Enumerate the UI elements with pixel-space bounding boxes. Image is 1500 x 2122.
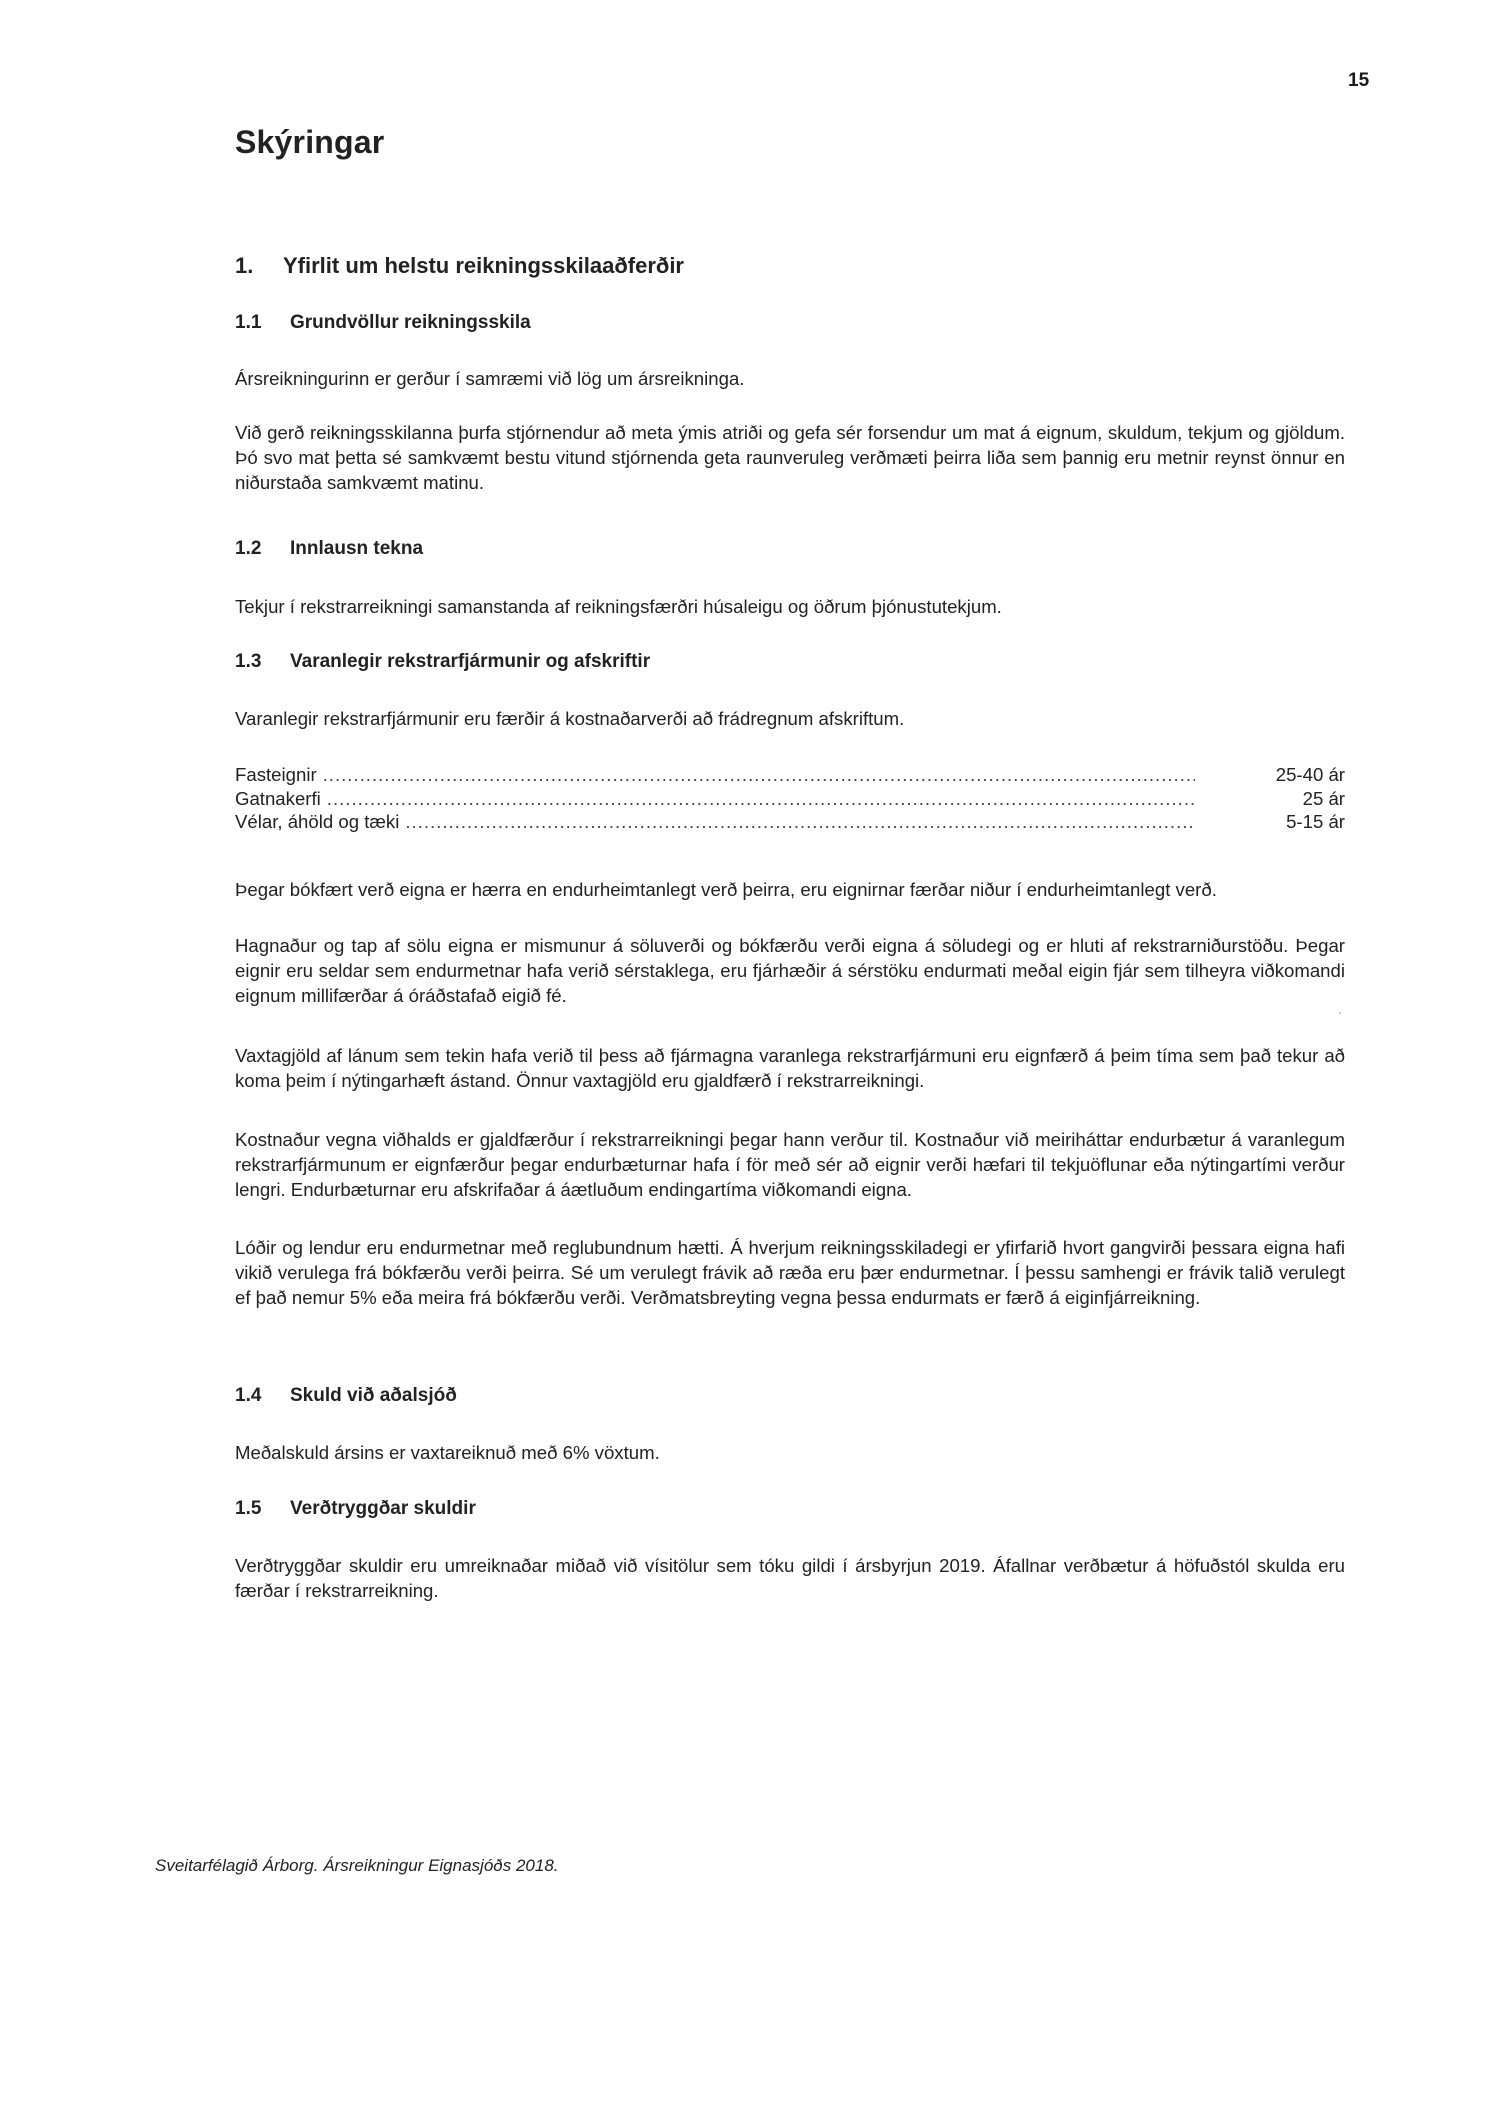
asset-life: 25 ár	[1225, 787, 1345, 811]
subsection-number: 1.3	[235, 651, 290, 673]
section-number: 1.	[235, 253, 283, 279]
asset-label: Vélar, áhöld og tæki	[235, 810, 399, 834]
paragraph: Meðalskuld ársins er vaxtareiknuð með 6%…	[235, 1440, 1345, 1465]
page-footer: Sveitarfélagið Árborg. Ársreikningur Eig…	[155, 1856, 559, 1876]
paragraph: Verðtryggðar skuldir eru umreiknaðar mið…	[235, 1553, 1345, 1603]
paragraph: Þegar bókfært verð eigna er hærra en end…	[235, 877, 1345, 902]
section-title: Yfirlit um helstu reikningsskilaaðferðir	[283, 253, 684, 278]
dot-leader: ........................................…	[323, 763, 1195, 787]
subsection-title: Varanlegir rekstrarfjármunir og afskrift…	[290, 651, 650, 672]
paragraph: Við gerð reikningsskilanna þurfa stjórne…	[235, 420, 1345, 495]
subsection-1-2-heading: 1.2Innlausn tekna	[235, 538, 423, 560]
depreciation-row: Gatnakerfi .............................…	[235, 787, 1345, 811]
subsection-number: 1.4	[235, 1385, 290, 1407]
subsection-number: 1.2	[235, 538, 290, 560]
dot-leader: ........................................…	[405, 810, 1195, 834]
subsection-title: Verðtryggðar skuldir	[290, 1498, 476, 1519]
depreciation-table: Fasteignir .............................…	[235, 763, 1345, 834]
paragraph: Kostnaður vegna viðhalds er gjaldfærður …	[235, 1127, 1345, 1202]
asset-label: Gatnakerfi	[235, 787, 321, 811]
depreciation-row: Vélar, áhöld og tæki ...................…	[235, 810, 1345, 834]
subsection-1-3-heading: 1.3Varanlegir rekstrarfjármunir og afskr…	[235, 651, 650, 673]
subsection-title: Innlausn tekna	[290, 538, 423, 559]
asset-life: 25-40 ár	[1225, 763, 1345, 787]
paragraph: Tekjur í rekstrarreikningi samanstanda a…	[235, 594, 1345, 619]
subsection-1-4-heading: 1.4Skuld við aðalsjóð	[235, 1385, 457, 1407]
paragraph: Ársreikningurinn er gerður í samræmi við…	[235, 366, 1345, 391]
subsection-1-5-heading: 1.5Verðtryggðar skuldir	[235, 1498, 476, 1520]
paragraph: Lóðir og lendur eru endurmetnar með regl…	[235, 1235, 1345, 1310]
asset-label: Fasteignir	[235, 763, 317, 787]
subsection-number: 1.1	[235, 312, 290, 334]
paragraph: Hagnaður og tap af sölu eigna er mismunu…	[235, 933, 1345, 1008]
subsection-title: Grundvöllur reikningsskila	[290, 312, 531, 333]
subsection-title: Skuld við aðalsjóð	[290, 1385, 457, 1406]
paragraph: Varanlegir rekstrarfjármunir eru færðir …	[235, 706, 1345, 731]
section-1-heading: 1.Yfirlit um helstu reikningsskilaaðferð…	[235, 253, 684, 279]
dot-leader: ........................................…	[327, 787, 1195, 811]
subsection-number: 1.5	[235, 1498, 290, 1520]
page-number: 15	[1348, 70, 1369, 92]
paragraph: Vaxtagjöld af lánum sem tekin hafa verið…	[235, 1043, 1345, 1093]
depreciation-row: Fasteignir .............................…	[235, 763, 1345, 787]
page-title: Skýringar	[235, 124, 384, 161]
scan-speck	[1339, 1012, 1341, 1014]
asset-life: 5-15 ár	[1225, 810, 1345, 834]
subsection-1-1-heading: 1.1Grundvöllur reikningsskila	[235, 312, 531, 334]
